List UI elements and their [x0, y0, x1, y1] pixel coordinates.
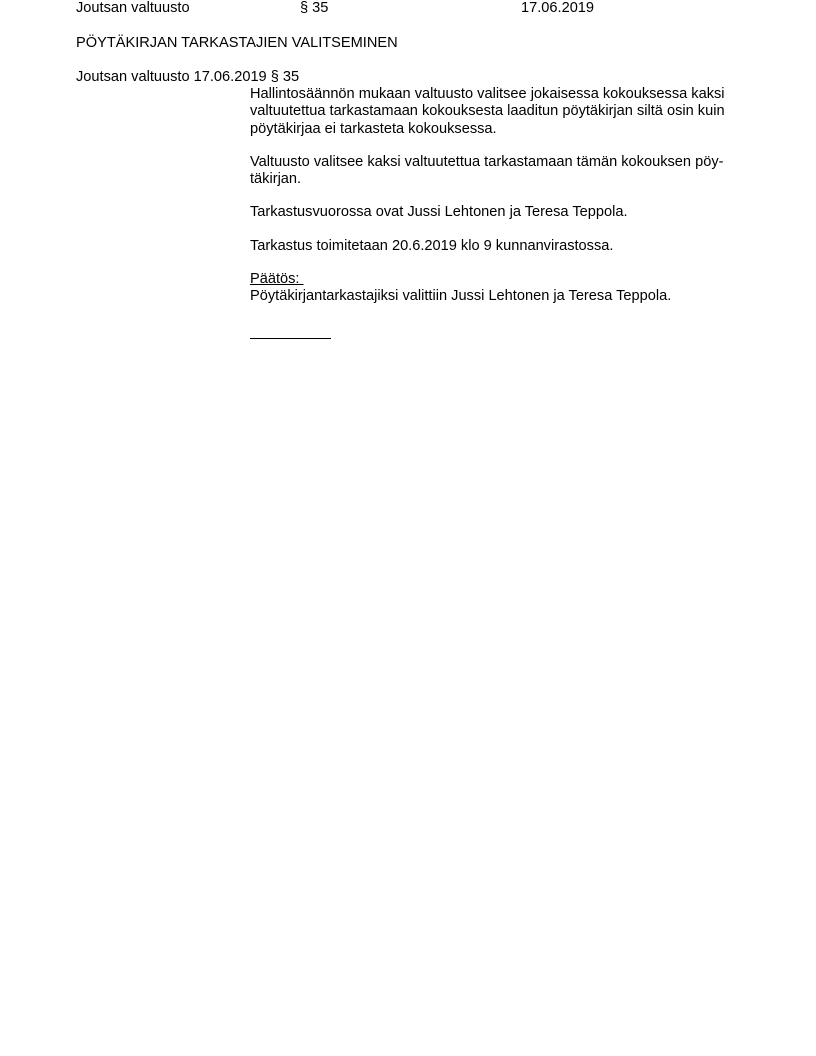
- header-meeting-date: 17.06.2019: [521, 0, 594, 17]
- document-title: PÖYTÄKIRJAN TARKASTAJIEN VALITSEMINEN: [76, 35, 398, 52]
- signature-line-divider: [250, 338, 331, 339]
- decision-text: Pöytäkirjantarkastajiksi valittiin Jussi…: [250, 288, 740, 305]
- paragraph-inspectors-turn: Tarkastusvuorossa ovat Jussi Lehtonen ja…: [250, 204, 740, 221]
- decision-block: Päätös:: [250, 271, 740, 288]
- header-organization: Joutsan valtuusto: [76, 0, 190, 17]
- paragraph-inspection-time: Tarkastus toimitetaan 20.6.2019 klo 9 ku…: [250, 238, 740, 255]
- paragraph-selection: Valtuusto valitsee kaksi valtuutettua ta…: [250, 154, 740, 189]
- meeting-reference: Joutsan valtuusto 17.06.2019 § 35: [76, 69, 299, 86]
- paragraph-rules: Hallintosäännön mukaan valtuusto valitse…: [250, 86, 740, 138]
- decision-label: Päätös:: [250, 271, 304, 287]
- document-body: Hallintosäännön mukaan valtuusto valitse…: [250, 86, 740, 339]
- header-section-number: § 35: [300, 0, 328, 17]
